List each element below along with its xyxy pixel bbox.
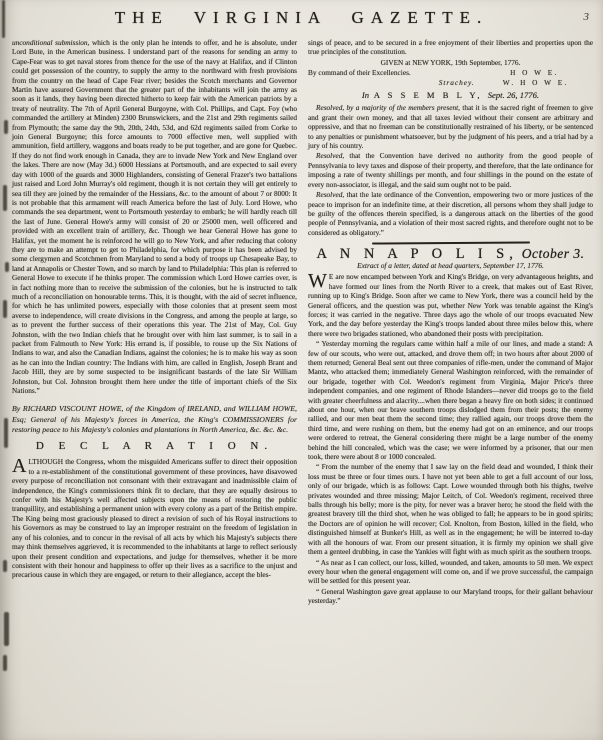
paragraph: “ As near as I can collect, our loss, ki… xyxy=(308,558,593,586)
binding-mark xyxy=(3,300,7,318)
annapolis-date: October 3. xyxy=(518,246,585,261)
paragraph: “ From the number of the enemy that I sa… xyxy=(308,462,593,556)
extract-byline: Extract of a letter, dated at head quart… xyxy=(308,261,593,270)
paragraph: ALTHOUGH the Congress, whom the misguide… xyxy=(12,457,297,579)
binding-mark xyxy=(4,120,8,134)
annapolis-heading: A N N A P O L I S, October 3. xyxy=(308,249,593,260)
paragraph: Resolved, by a majority of the members p… xyxy=(308,103,593,150)
binding-mark xyxy=(5,262,9,272)
strachey-signature: Strachey. xyxy=(439,78,475,87)
column-layout: unconditional submission, which is the o… xyxy=(12,38,593,607)
paragraph: WE are now encamped between York and Kin… xyxy=(308,272,593,338)
w-howe-signature: W. H O W E. xyxy=(503,78,569,87)
assembly-caps: A S S E M B L Y, xyxy=(369,90,488,100)
binding-mark xyxy=(3,560,7,572)
binding-mark xyxy=(3,185,7,211)
right-column: sings of peace, and to be secured in a f… xyxy=(308,38,593,607)
signature-row: Strachey. W. H O W E. xyxy=(308,78,593,87)
howe-signature: H O W E. xyxy=(510,68,559,77)
drop-cap: A xyxy=(12,457,28,474)
paragraph-text: the Congress, whom the misguided America… xyxy=(12,457,297,579)
masthead-title: THE VIRGINIA GAZETTE. xyxy=(0,8,603,28)
paragraph: unconditional submission, which is the o… xyxy=(12,38,297,395)
assembly-date: Sept. 26, 1776. xyxy=(488,90,539,100)
paragraph: Resolved, that the late ordinance of the… xyxy=(308,190,593,237)
binding-mark xyxy=(4,418,8,448)
paragraph-text: that the Convention have derived no auth… xyxy=(308,151,593,188)
paragraph: sings of peace, and to be secured in a f… xyxy=(308,38,593,57)
paragraph-text: are now encamped between York and King's… xyxy=(308,272,593,337)
resolved-lead: Resolved, xyxy=(316,190,344,199)
paragraph-text: which is the only plan he intends to off… xyxy=(12,38,297,395)
paragraph-lead: LTHOUGH xyxy=(28,457,63,466)
left-column: unconditional submission, which is the o… xyxy=(12,38,297,607)
binding-mark xyxy=(3,655,7,671)
commissioners-signature-block: By RICHARD VISCOUNT HOWE, of the Kingdom… xyxy=(12,404,297,435)
annapolis-caps: A N N A P O L I S, xyxy=(317,246,518,262)
page-number: 3 xyxy=(584,11,590,23)
newspaper-page: THE VIRGINIA GAZETTE. 3 unconditional su… xyxy=(0,0,603,740)
assembly-heading: In A S S E M B L Y, Sept. 26, 1776. xyxy=(308,91,593,100)
declaration-heading: D E C L A R A T I O N. xyxy=(12,442,297,451)
binding-mark xyxy=(4,612,9,646)
paragraph-text: that the late ordinance of the Conventio… xyxy=(308,190,593,237)
resolved-lead: Resolved, by a majority of the members p… xyxy=(316,103,460,112)
paragraph: “ Yesterday morning the regulars came wi… xyxy=(308,339,593,461)
given-line: GIVEN at NEW YORK, 19th September, 1776. xyxy=(308,58,593,67)
command-line: By command of their Excellencies. xyxy=(308,68,411,77)
resolved-lead: Resolved, xyxy=(316,151,344,160)
paragraph-lead: unconditional submission, xyxy=(12,38,89,47)
signature-row: By command of their Excellencies. H O W … xyxy=(308,68,593,77)
paragraph: “ General Washington gave great applause… xyxy=(308,587,593,606)
paragraph: Resolved, that the Convention have deriv… xyxy=(308,151,593,189)
drop-cap: W xyxy=(308,272,329,289)
